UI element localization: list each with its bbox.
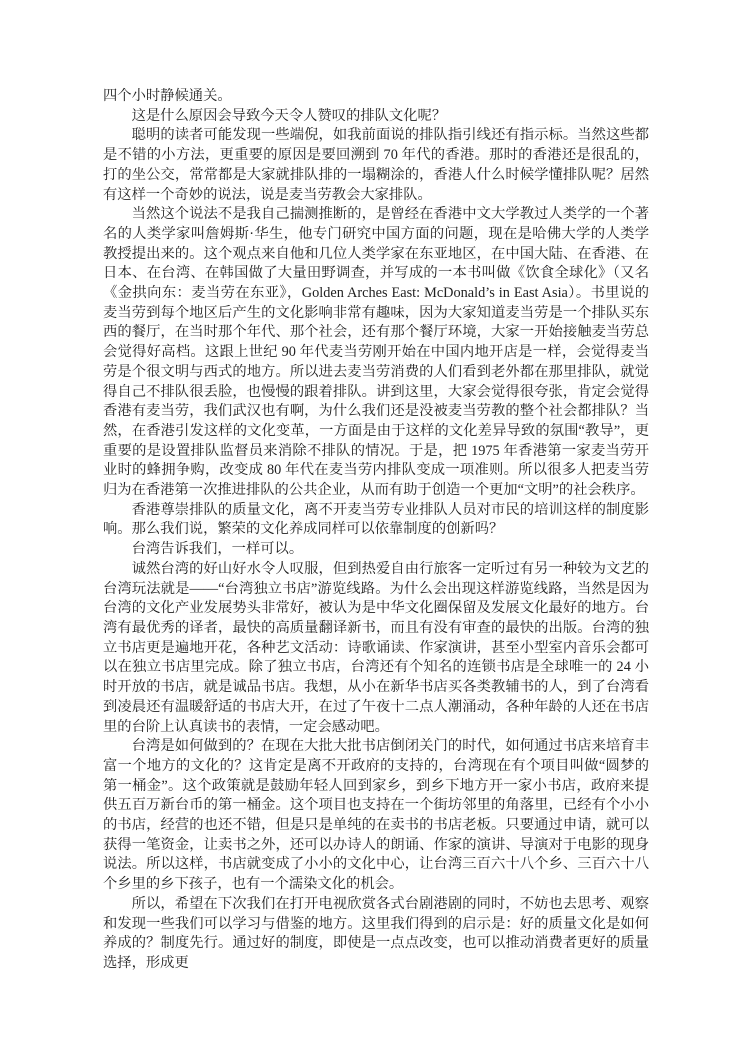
paragraph: 当然这个说法不是我自己揣测推断的，是曾经在香港中文大学教过人类学的一个著名的人类… xyxy=(103,205,649,501)
article-body: 四个小时静候通关。 这是什么原因会导致今天令人赞叹的排队文化呢？ 聪明的读者可能… xyxy=(103,87,649,974)
paragraph: 诚然台湾的好山好水令人叹服，但到热爱自由行旅客一定听过有另一种较为文艺的台湾玩法… xyxy=(103,560,649,737)
paragraph: 香港尊崇排队的质量文化，离不开麦当劳专业排队人员对市民的培训这样的制度影响。那么… xyxy=(103,501,649,540)
paragraph: 四个小时静候通关。 xyxy=(103,87,649,107)
paragraph: 台湾告诉我们，一样可以。 xyxy=(103,540,649,560)
paragraph: 这是什么原因会导致今天令人赞叹的排队文化呢？ xyxy=(103,107,649,127)
paragraph: 所以，希望在下次我们在打开电视欣赏各式台剧港剧的同时，不妨也去思考、观察和发现一… xyxy=(103,895,649,974)
paragraph: 聪明的读者可能发现一些端倪，如我前面说的排队指引线还有指示标。当然这些都是不错的… xyxy=(103,126,649,205)
document-page: 四个小时静候通关。 这是什么原因会导致今天令人赞叹的排队文化呢？ 聪明的读者可能… xyxy=(0,0,750,1061)
paragraph: 台湾是如何做到的？在现在大批大批书店倒闭关门的时代，如何通过书店来培育丰富一个地… xyxy=(103,737,649,895)
